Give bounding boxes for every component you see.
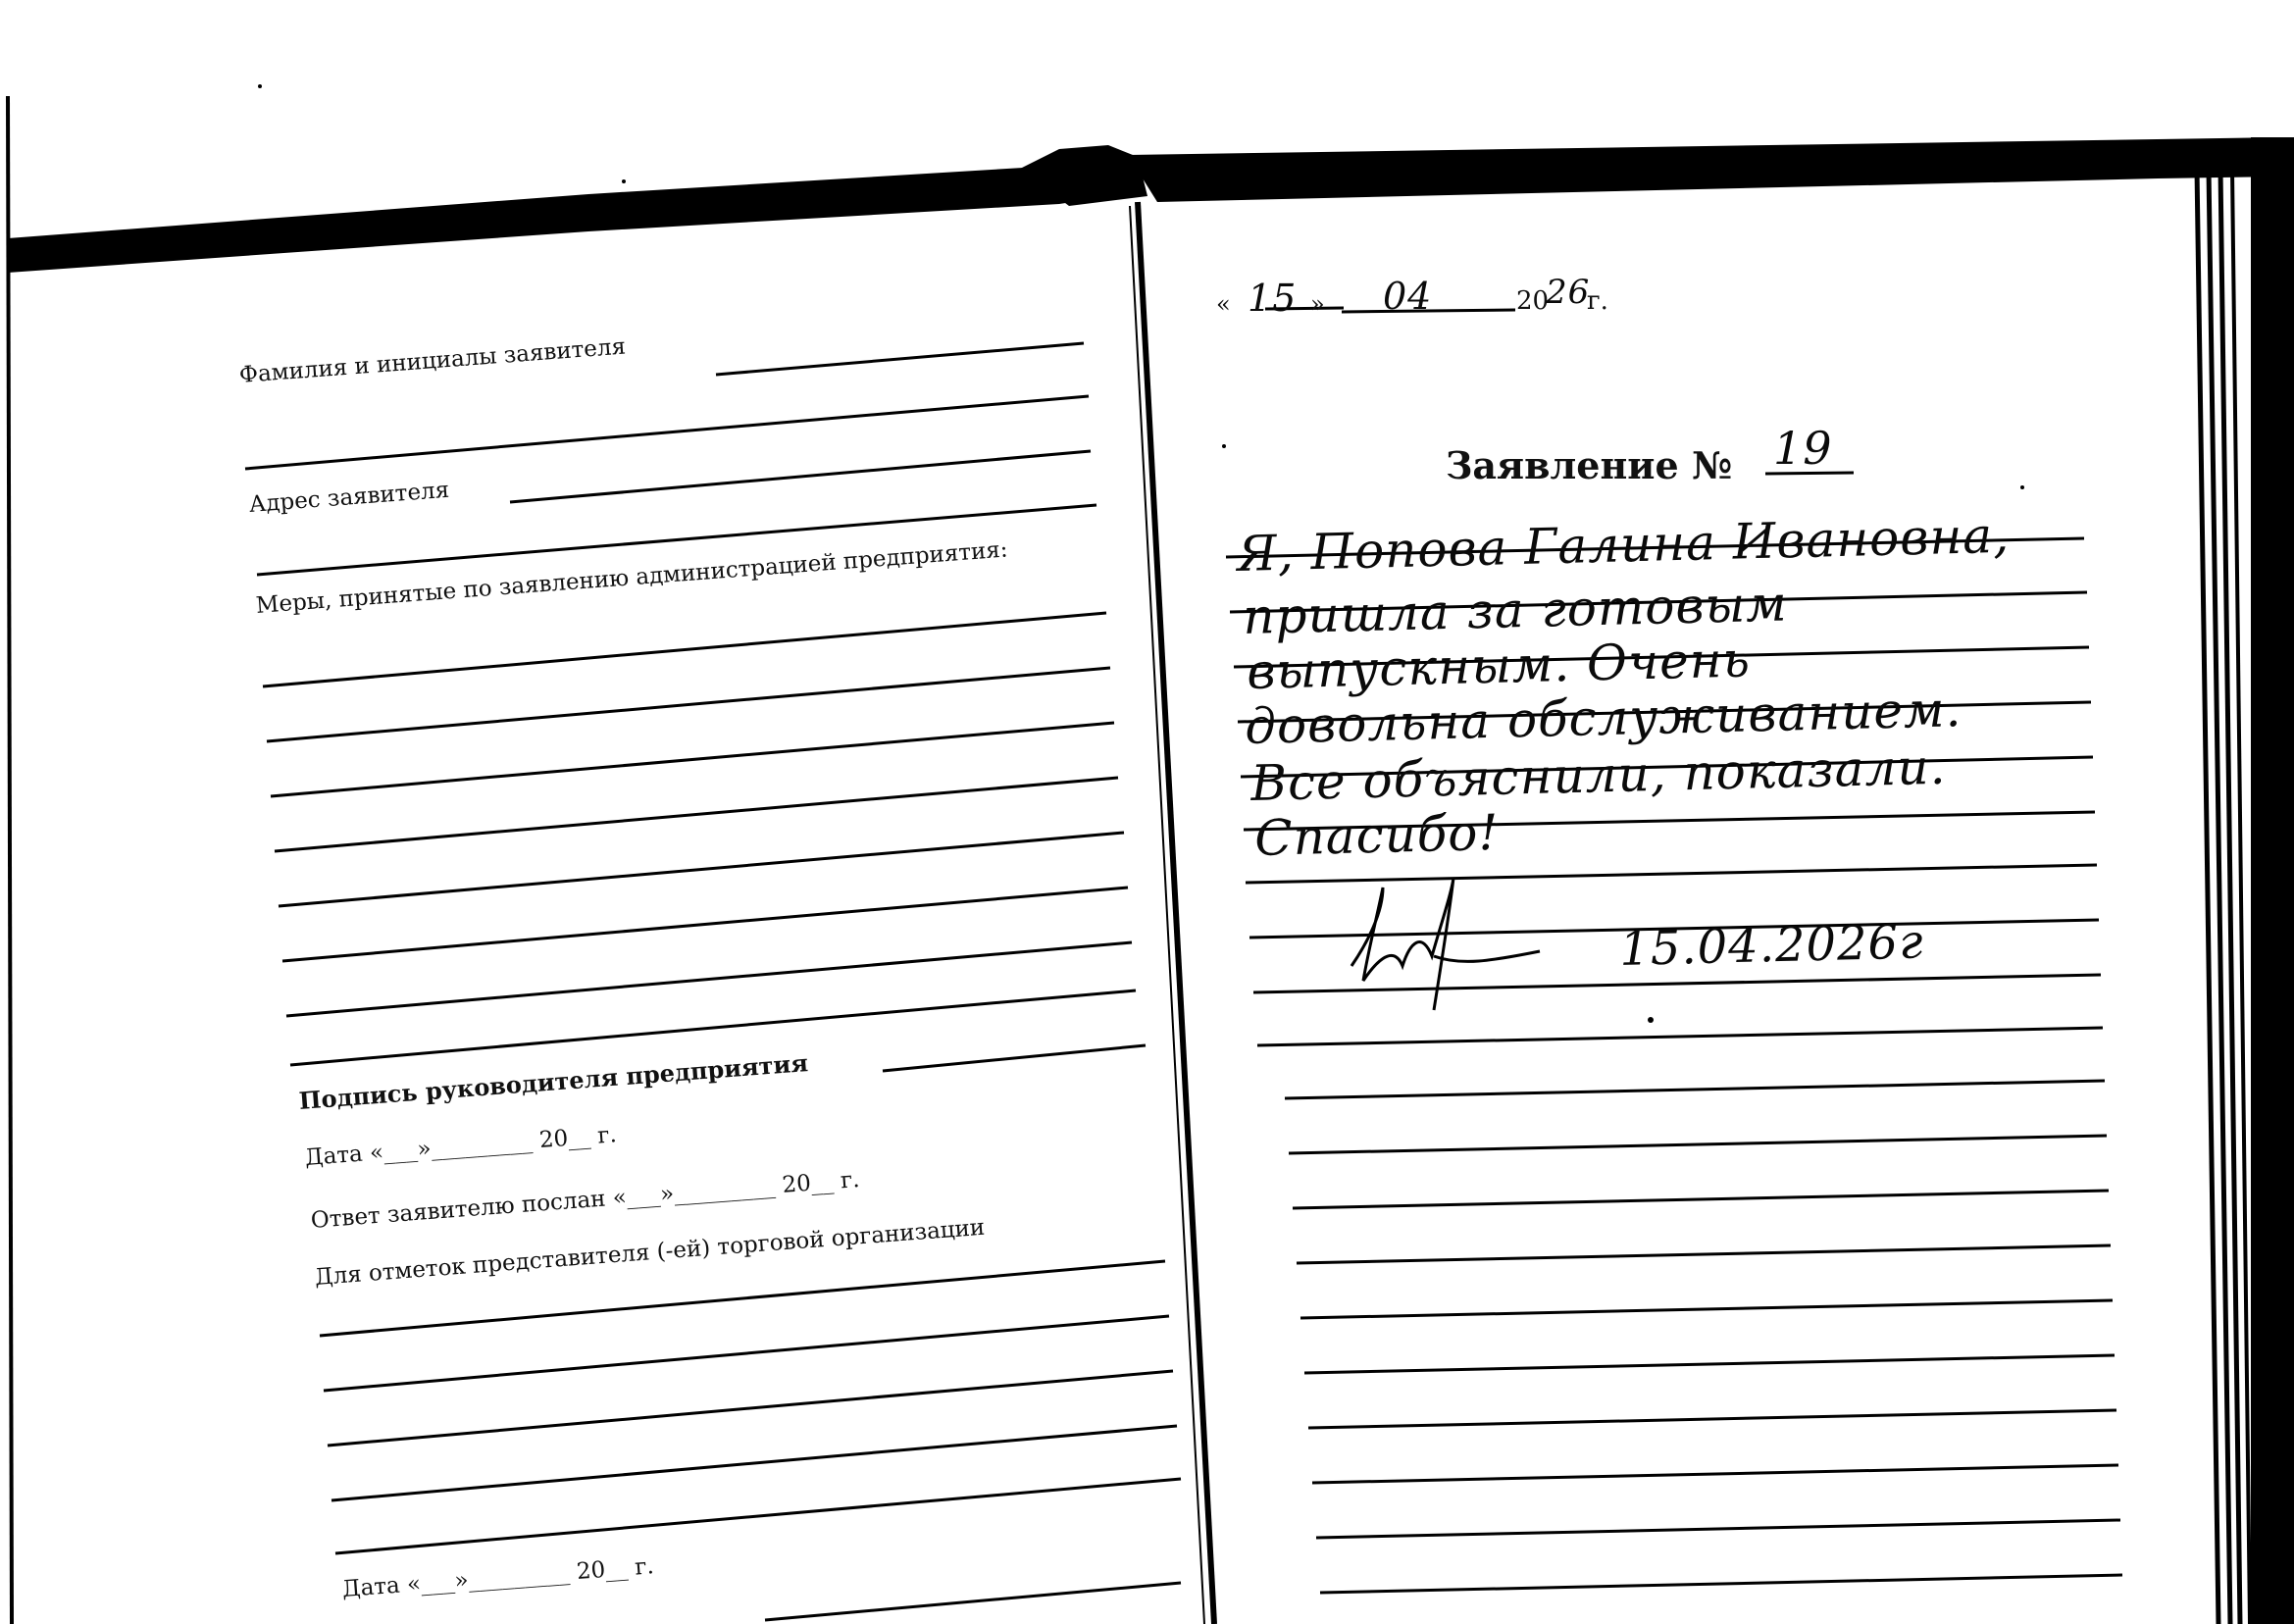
date-year-suffix: 26 (1546, 273, 1590, 312)
left-edge (8, 96, 12, 1624)
right-cover (2251, 137, 2294, 1624)
handwritten-line-6: Спасибо! (1254, 804, 1501, 867)
date-year-prefix: 20 (1516, 286, 1549, 316)
signature-date: 15.04.2026г (1619, 914, 1924, 977)
top-cover-left (8, 155, 1138, 273)
top-cover-right (1128, 137, 2285, 202)
application-number: 19 (1773, 422, 1833, 475)
page-stack (2197, 169, 2250, 1624)
date-close-quote: » (1310, 290, 1325, 318)
left-ruled-lines (245, 343, 1181, 1620)
gutter-line (1138, 202, 1214, 1624)
date-day: 15 (1248, 277, 1297, 320)
scan-background (0, 0, 2294, 1624)
date-open-quote: « (1216, 290, 1231, 318)
application-title: Заявление № (1446, 443, 1732, 487)
date-year-unit: г. (1587, 286, 1608, 316)
date-month: 04 (1383, 275, 1432, 318)
